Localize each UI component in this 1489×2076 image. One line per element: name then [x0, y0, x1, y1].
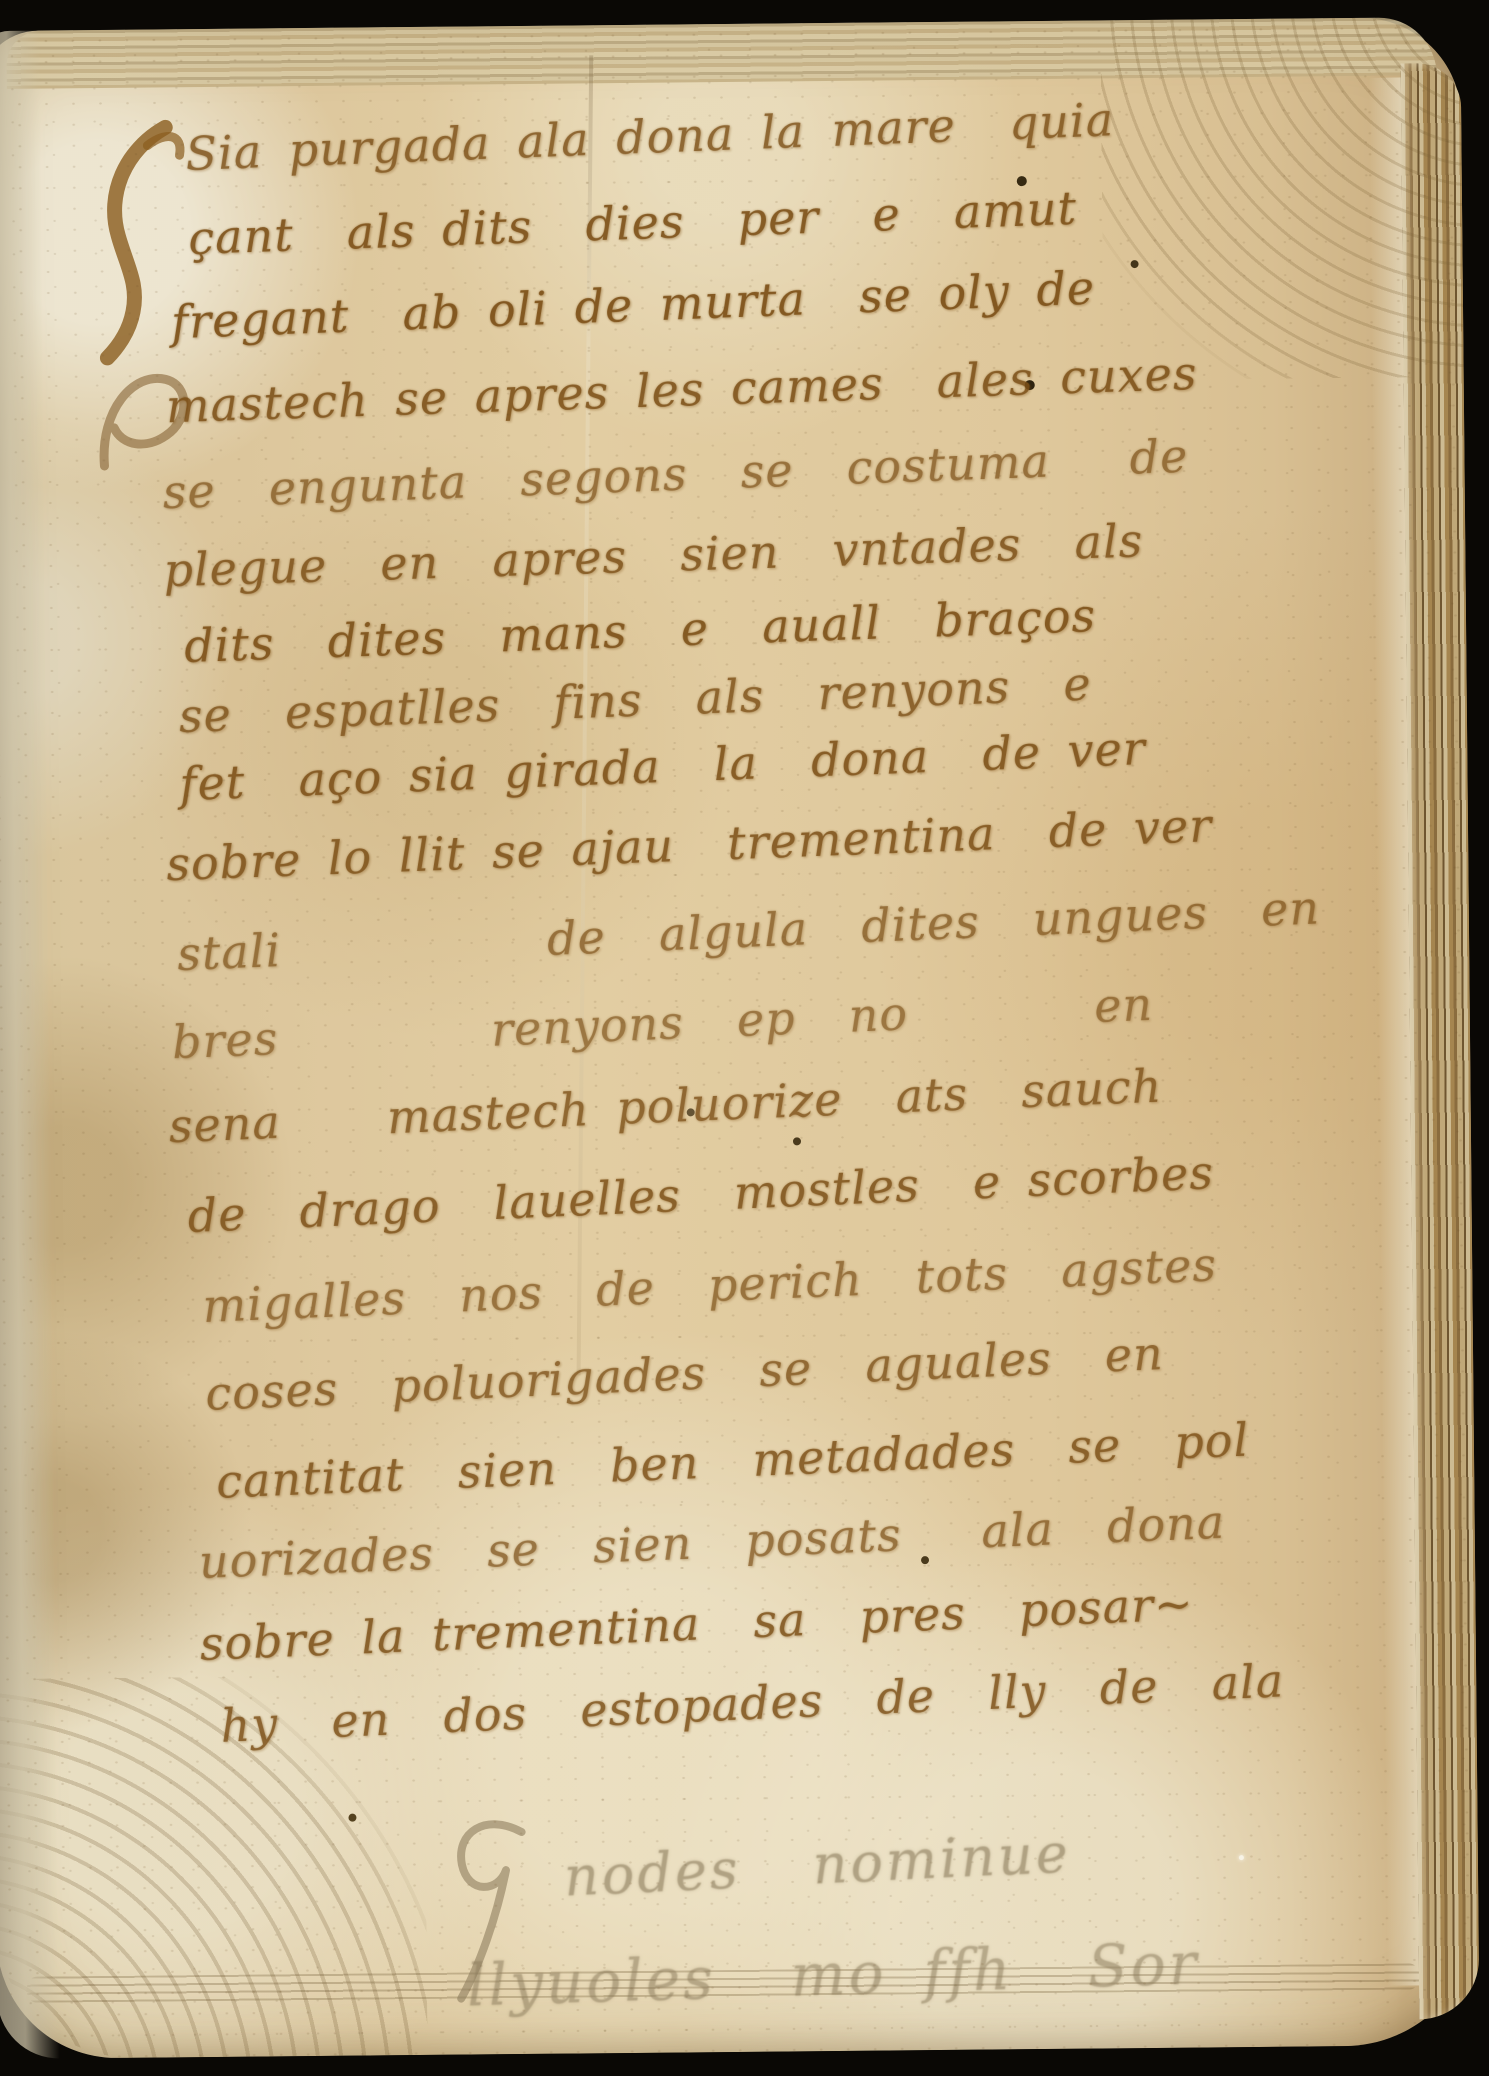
- manuscript-line: fregant ab oli de murta se oly de: [170, 263, 1096, 348]
- manuscript-line: de drago lauelles mostles e scorbes: [187, 1147, 1215, 1241]
- manuscript-line: coses poluorigades se aguales en: [204, 1328, 1164, 1420]
- manuscript-photo: Sia purgada ala dona la mare quia çant a…: [0, 0, 1489, 2076]
- manuscript-page: Sia purgada ala dona la mare quia çant a…: [0, 17, 1480, 2059]
- manuscript-line: çant als dits dies per e amut: [187, 183, 1077, 264]
- signature-line: nodes nominue: [563, 1823, 1072, 1907]
- manuscript-line: mastech se apres les cames ales cuxes: [165, 348, 1198, 432]
- manuscript-line: stali de algula dites ungues en: [176, 882, 1321, 979]
- manuscript-line: bres renyons ep no en: [171, 979, 1154, 1068]
- page-corner-top-right: [1100, 17, 1463, 380]
- page-left-edge: [0, 31, 60, 2060]
- manuscript-line: migalles nos de perich tots agstes: [202, 1239, 1218, 1331]
- manuscript-line: sobre la trementina sa pres posar~: [199, 1578, 1195, 1669]
- manuscript-line: uorizades se sien posats ala dona: [198, 1497, 1226, 1588]
- manuscript-line: dits dites mans e auall braços: [183, 590, 1096, 672]
- manuscript-line: sena mastech poluorize ats sauch: [168, 1061, 1163, 1152]
- manuscript-line: se engunta segons se costuma de: [162, 431, 1189, 518]
- manuscript-line: cantitat sien ben metadades se pol: [215, 1415, 1250, 1508]
- manuscript-line: sobre lo llit se ajau trementina de ver: [165, 800, 1213, 890]
- paper-fleck: [1239, 1855, 1244, 1860]
- manuscript-line: Sia purgada ala dona la mare quia: [185, 94, 1115, 179]
- manuscript-line: hy en dos estopades de lly de ala: [220, 1655, 1286, 1751]
- manuscript-line: plegue en apres sien vntades als: [163, 515, 1144, 596]
